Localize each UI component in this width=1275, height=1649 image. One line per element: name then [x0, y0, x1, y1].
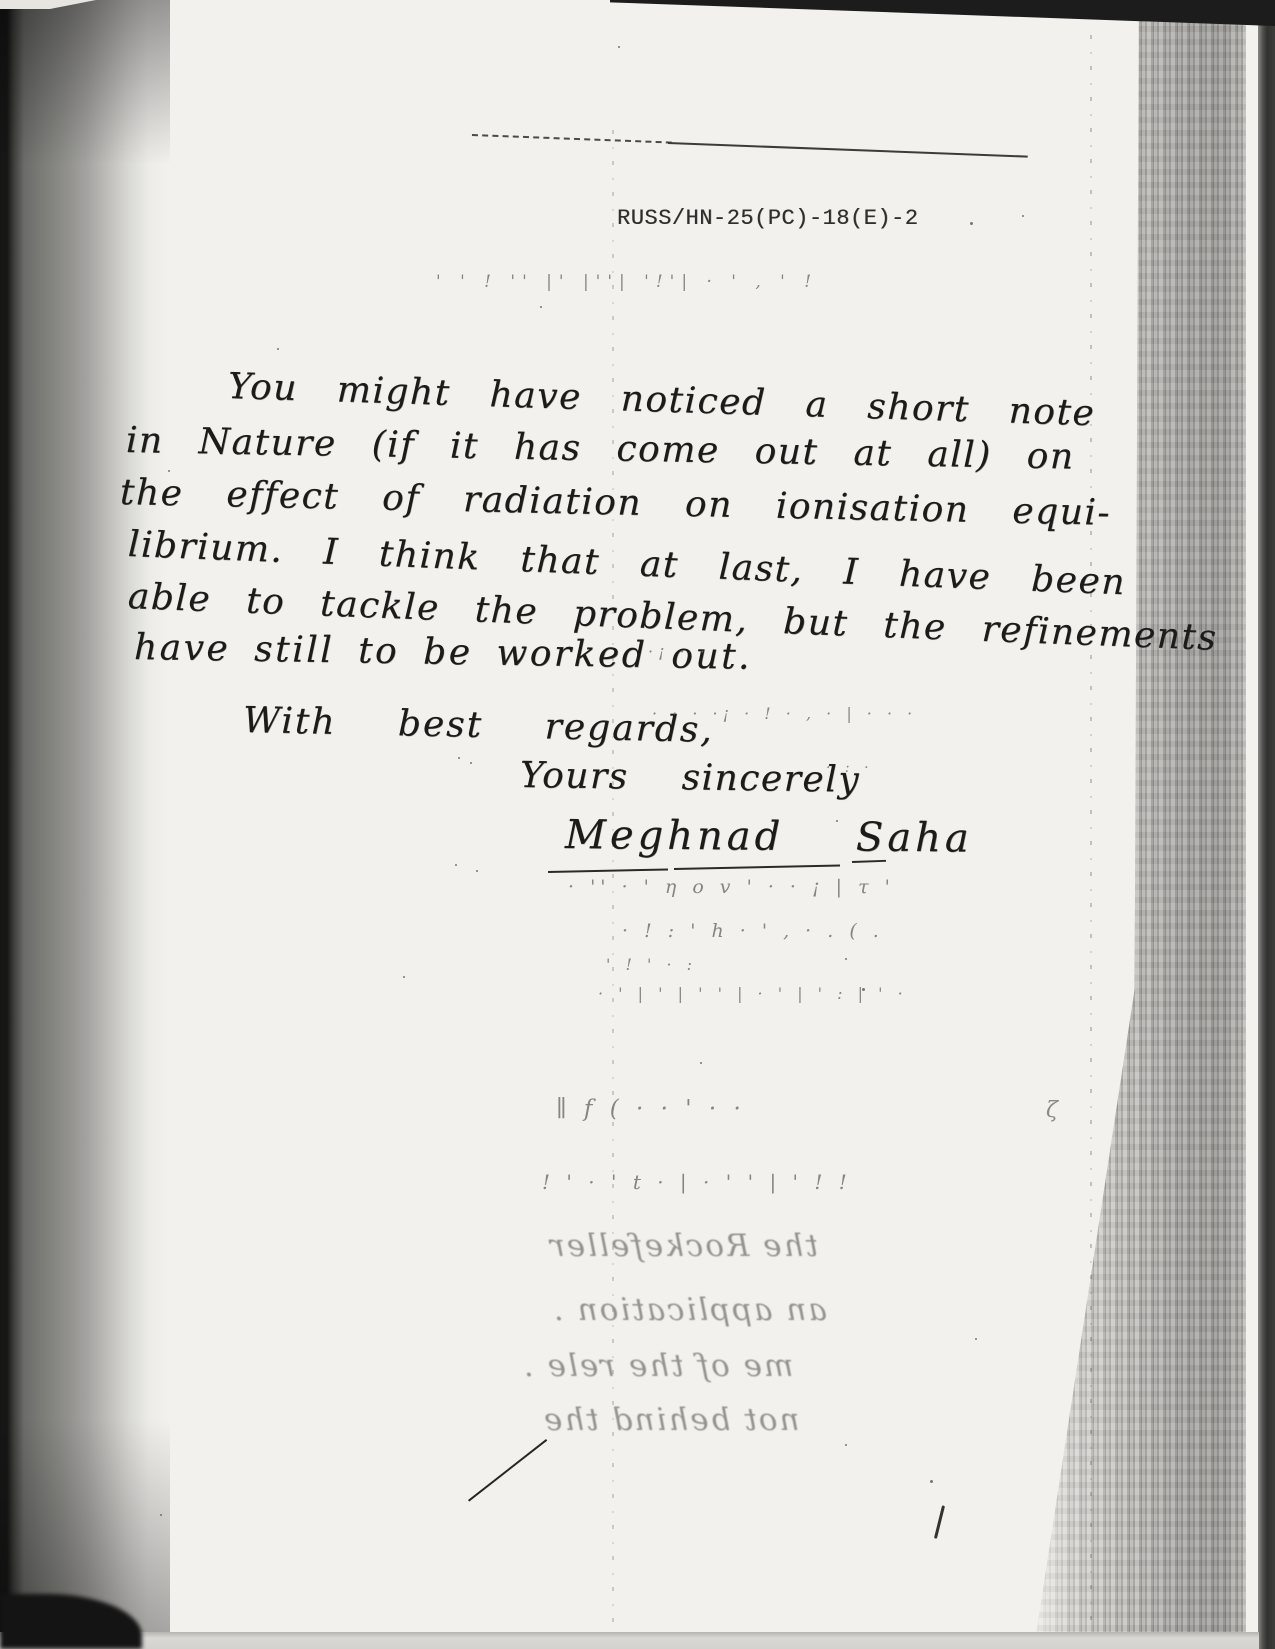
- top-dashed-rule: [472, 134, 672, 144]
- bleedthrough-fragment: · ' | ' | ' ' | · ' | ' : | ' ·: [598, 984, 908, 1003]
- bleedthrough-fragment: · : ·: [826, 760, 874, 776]
- page-bottom-edge: [0, 1632, 1259, 1649]
- bleedthrough-mirrored-text: the Rockefeller: [548, 1228, 818, 1264]
- ink-speck: [970, 222, 973, 225]
- bleedthrough-fragment: ' ! ' · :: [606, 955, 697, 974]
- bleedthrough-fragment: · · · ·¡ · ! · , · | · · ·: [652, 704, 917, 723]
- ink-speck: [160, 1514, 162, 1516]
- bleedthrough-mirrored-text: an application .: [552, 1292, 827, 1328]
- top-dashed-rule-continuation: [668, 142, 1028, 158]
- bleedthrough-mirrored-text: not behind the: [542, 1402, 799, 1438]
- bleedthrough-fragment: · ! : ' h · ' , · . ( .: [622, 920, 884, 942]
- signature-underline: [674, 865, 840, 870]
- ink-speck: [845, 958, 847, 960]
- ink-speck: [277, 348, 279, 350]
- archive-reference-code: RUSS/HN-25(PC)-18(E)-2: [617, 206, 918, 231]
- signature-underline: [548, 868, 668, 873]
- ink-speck: [975, 1338, 977, 1340]
- book-fore-edge-pages: [1034, 0, 1248, 1649]
- letter-line: the effect of radiation on ionisation eq…: [120, 472, 1112, 534]
- book-spine-shadow: [0, 0, 170, 1649]
- ink-speck: [845, 1444, 847, 1446]
- ink-speck: [403, 976, 405, 978]
- bleedthrough-fragment: ·¡ · ·: [648, 642, 710, 661]
- letter-signoff: Yours sincerely: [520, 755, 861, 801]
- typed-noise-row: ' ' ! '' |' |''| '!'| · ' , ' !: [436, 272, 818, 292]
- scanned-letter-page: RUSS/HN-25(PC)-18(E)-2 ' ' ! '' |' |''| …: [0, 0, 1275, 1649]
- fold-crease-right: [1090, 35, 1092, 1630]
- ink-speck: [458, 757, 460, 759]
- bleedthrough-fragment: · '' · ' η ο v ' · · ¡ | τ ': [568, 876, 895, 898]
- signature-meghnad-saha: Meghnad Saha: [565, 812, 973, 862]
- bleedthrough-fragment: ∥ f ( · · ' · ·: [556, 1096, 746, 1122]
- scanner-right-border: [1258, 0, 1275, 1649]
- bleedthrough-mirrored-text: me of the rele .: [522, 1348, 793, 1384]
- ink-speck: [540, 306, 542, 308]
- pen-tick-mark: [934, 1505, 945, 1539]
- ink-speck: [455, 864, 457, 866]
- ink-speck: [470, 762, 472, 764]
- ink-speck: [930, 1480, 933, 1483]
- ink-speck: [168, 470, 170, 472]
- bleedthrough-fragment: ! ' · ' t · | · ' ' | ' ! !: [542, 1170, 852, 1194]
- scanner-top-shadow: [610, 0, 1275, 26]
- signature-underline: [852, 860, 886, 863]
- pen-slash-mark: [468, 1439, 547, 1502]
- ink-speck: [618, 46, 620, 48]
- margin-stray-mark: ζ: [1046, 1098, 1058, 1123]
- ink-speck: [476, 870, 478, 872]
- ink-speck: [862, 988, 865, 991]
- letter-closing: With best regards,: [243, 700, 715, 751]
- ink-speck: [836, 820, 838, 822]
- ink-speck: [1022, 215, 1024, 217]
- ink-speck: [700, 1062, 702, 1064]
